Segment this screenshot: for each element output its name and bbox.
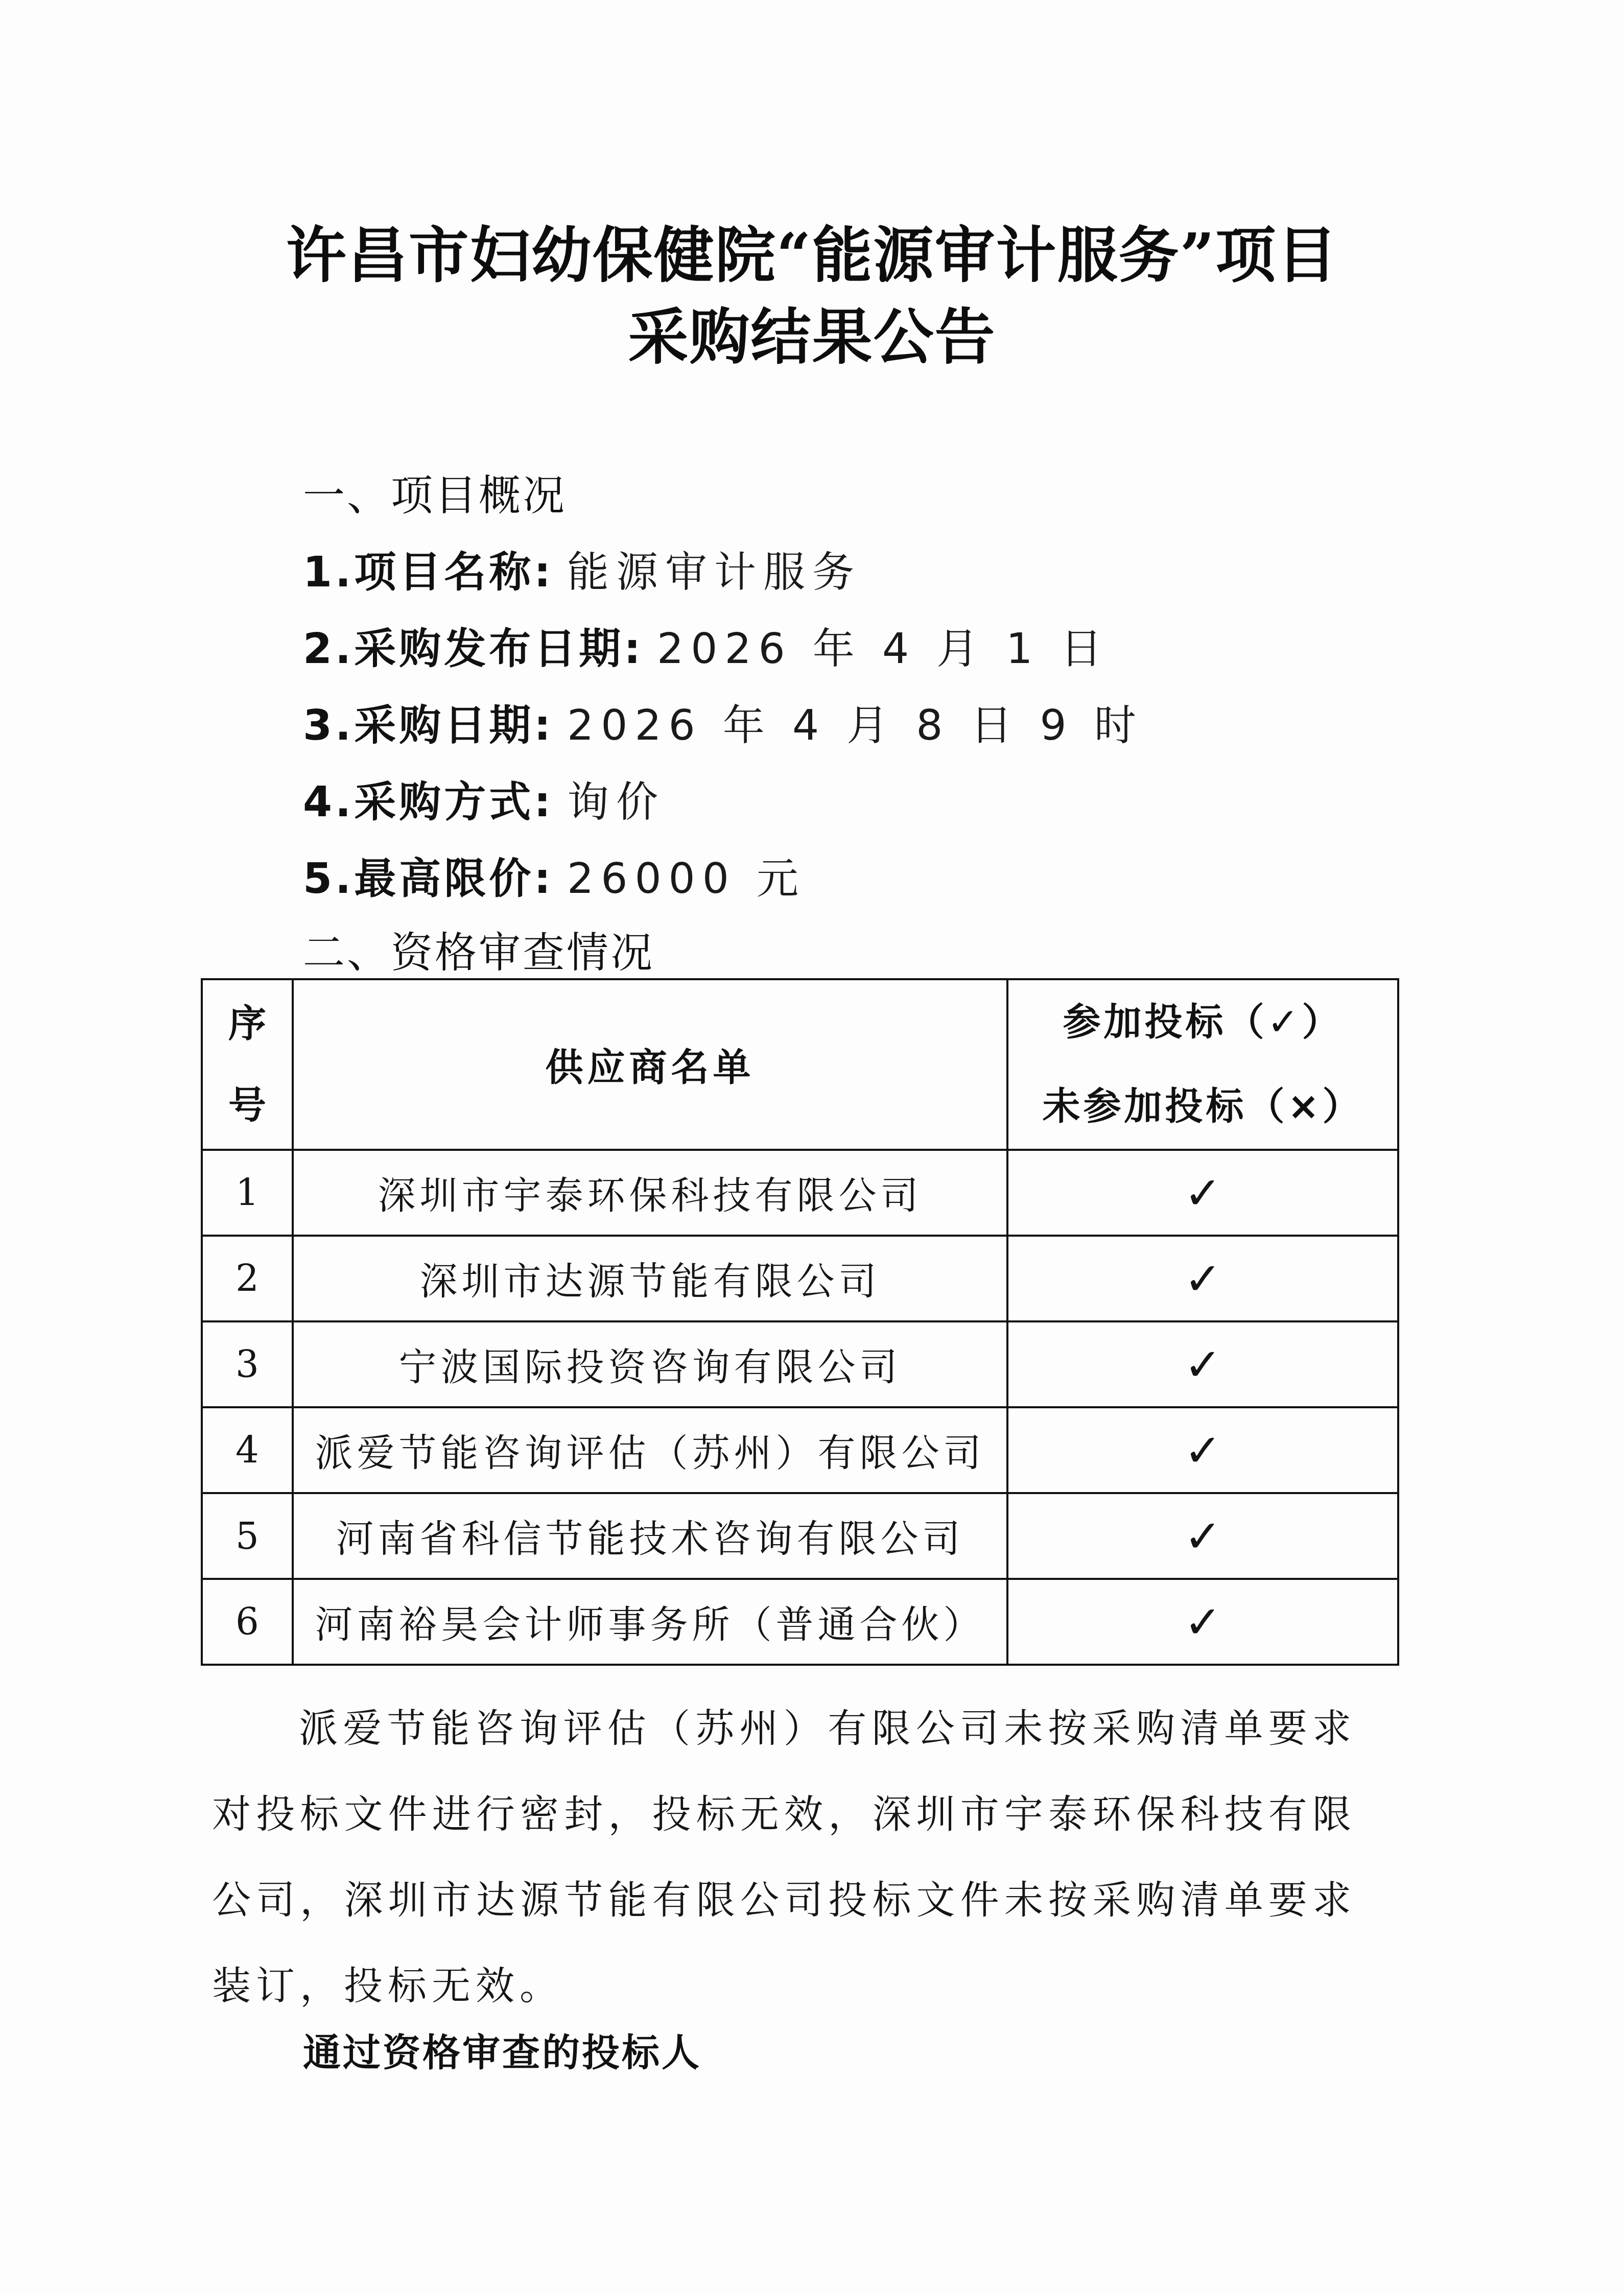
check-mark-icon: ✓ [1007,1236,1398,1321]
check-mark-icon: ✓ [1007,1150,1398,1236]
info-max-price: 5.最高限价: 26000 元 [303,845,806,905]
table-row: 6 河南裕昊会计师事务所（普通合伙） ✓ [202,1579,1398,1665]
info-value: 能源审计服务 [567,548,861,597]
header-seq-line-2: 号 [203,1065,292,1146]
info-value: 2026 年 4 月 1 日 [657,625,1109,673]
row-supplier-name: 派爱节能咨询评估（苏州）有限公司 [293,1407,1007,1493]
row-supplier-name: 河南省科信节能技术咨询有限公司 [293,1493,1007,1579]
header-seq-line-1: 序 [203,983,292,1065]
row-supplier-name: 宁波国际投资咨询有限公司 [293,1321,1007,1407]
info-label: 5.最高限价: [303,855,554,903]
header-not-participated: 未参加投标（×） [1008,1065,1397,1149]
section-heading-project-overview: 一、项目概况 [303,462,567,522]
check-mark-icon: ✓ [1007,1579,1398,1665]
table-header-row: 序 号 供应商名单 参加投标（✓） 未参加投标（×） [202,979,1398,1150]
header-supplier-name: 供应商名单 [293,979,1007,1150]
info-label: 3.采购日期: [303,701,554,750]
row-seq: 6 [202,1579,293,1665]
row-seq: 3 [202,1321,293,1407]
disqualification-note: 派爱节能咨询评估（苏州）有限公司未按采购清单要求对投标文件进行密封，投标无效，深… [212,1686,1356,2029]
info-label: 2.采购发布日期: [303,625,644,673]
info-label: 4.采购方式: [303,778,554,826]
info-procurement-date: 3.采购日期: 2026 年 4 月 8 日 9 时 [303,692,1143,752]
row-seq: 5 [202,1493,293,1579]
table-row: 5 河南省科信节能技术咨询有限公司 ✓ [202,1493,1398,1579]
header-participated: 参加投标（✓） [1008,980,1397,1065]
row-supplier-name: 河南裕昊会计师事务所（普通合伙） [293,1579,1007,1665]
table-row: 1 深圳市宇泰环保科技有限公司 ✓ [202,1150,1398,1236]
row-supplier-name: 深圳市宇泰环保科技有限公司 [293,1150,1007,1236]
info-label: 1.项目名称: [303,548,554,597]
table-row: 3 宁波国际投资咨询有限公司 ✓ [202,1321,1398,1407]
row-seq: 2 [202,1236,293,1321]
check-mark-icon: ✓ [1007,1407,1398,1493]
row-seq: 1 [202,1150,293,1236]
header-seq: 序 号 [202,979,293,1150]
document-page: 许昌市妇幼保健院“能源审计服务”项目 采购结果公告 一、项目概况 1.项目名称:… [0,0,1624,2294]
supplier-table: 序 号 供应商名单 参加投标（✓） 未参加投标（×） 1 深圳市宇泰环保科技有限… [201,978,1399,1666]
passed-bidders-heading: 通过资格审查的投标人 [303,2023,701,2077]
row-seq: 4 [202,1407,293,1493]
table-row: 2 深圳市达源节能有限公司 ✓ [202,1236,1398,1321]
info-value: 询价 [567,778,665,826]
info-value: 2026 年 4 月 8 日 9 时 [567,701,1143,750]
document-title-line-1: 许昌市妇幼保健院“能源审计服务”项目 [0,207,1624,294]
info-value: 26000 元 [567,855,806,903]
row-supplier-name: 深圳市达源节能有限公司 [293,1236,1007,1321]
info-procurement-method: 4.采购方式: 询价 [303,769,665,829]
header-participation: 参加投标（✓） 未参加投标（×） [1007,979,1398,1150]
info-project-name: 1.项目名称: 能源审计服务 [303,539,861,599]
section-heading-qualification-review: 二、资格审查情况 [303,919,654,979]
check-mark-icon: ✓ [1007,1493,1398,1579]
info-publish-date: 2.采购发布日期: 2026 年 4 月 1 日 [303,616,1109,675]
check-mark-icon: ✓ [1007,1321,1398,1407]
table-row: 4 派爱节能咨询评估（苏州）有限公司 ✓ [202,1407,1398,1493]
document-title-line-2: 采购结果公告 [0,289,1624,375]
